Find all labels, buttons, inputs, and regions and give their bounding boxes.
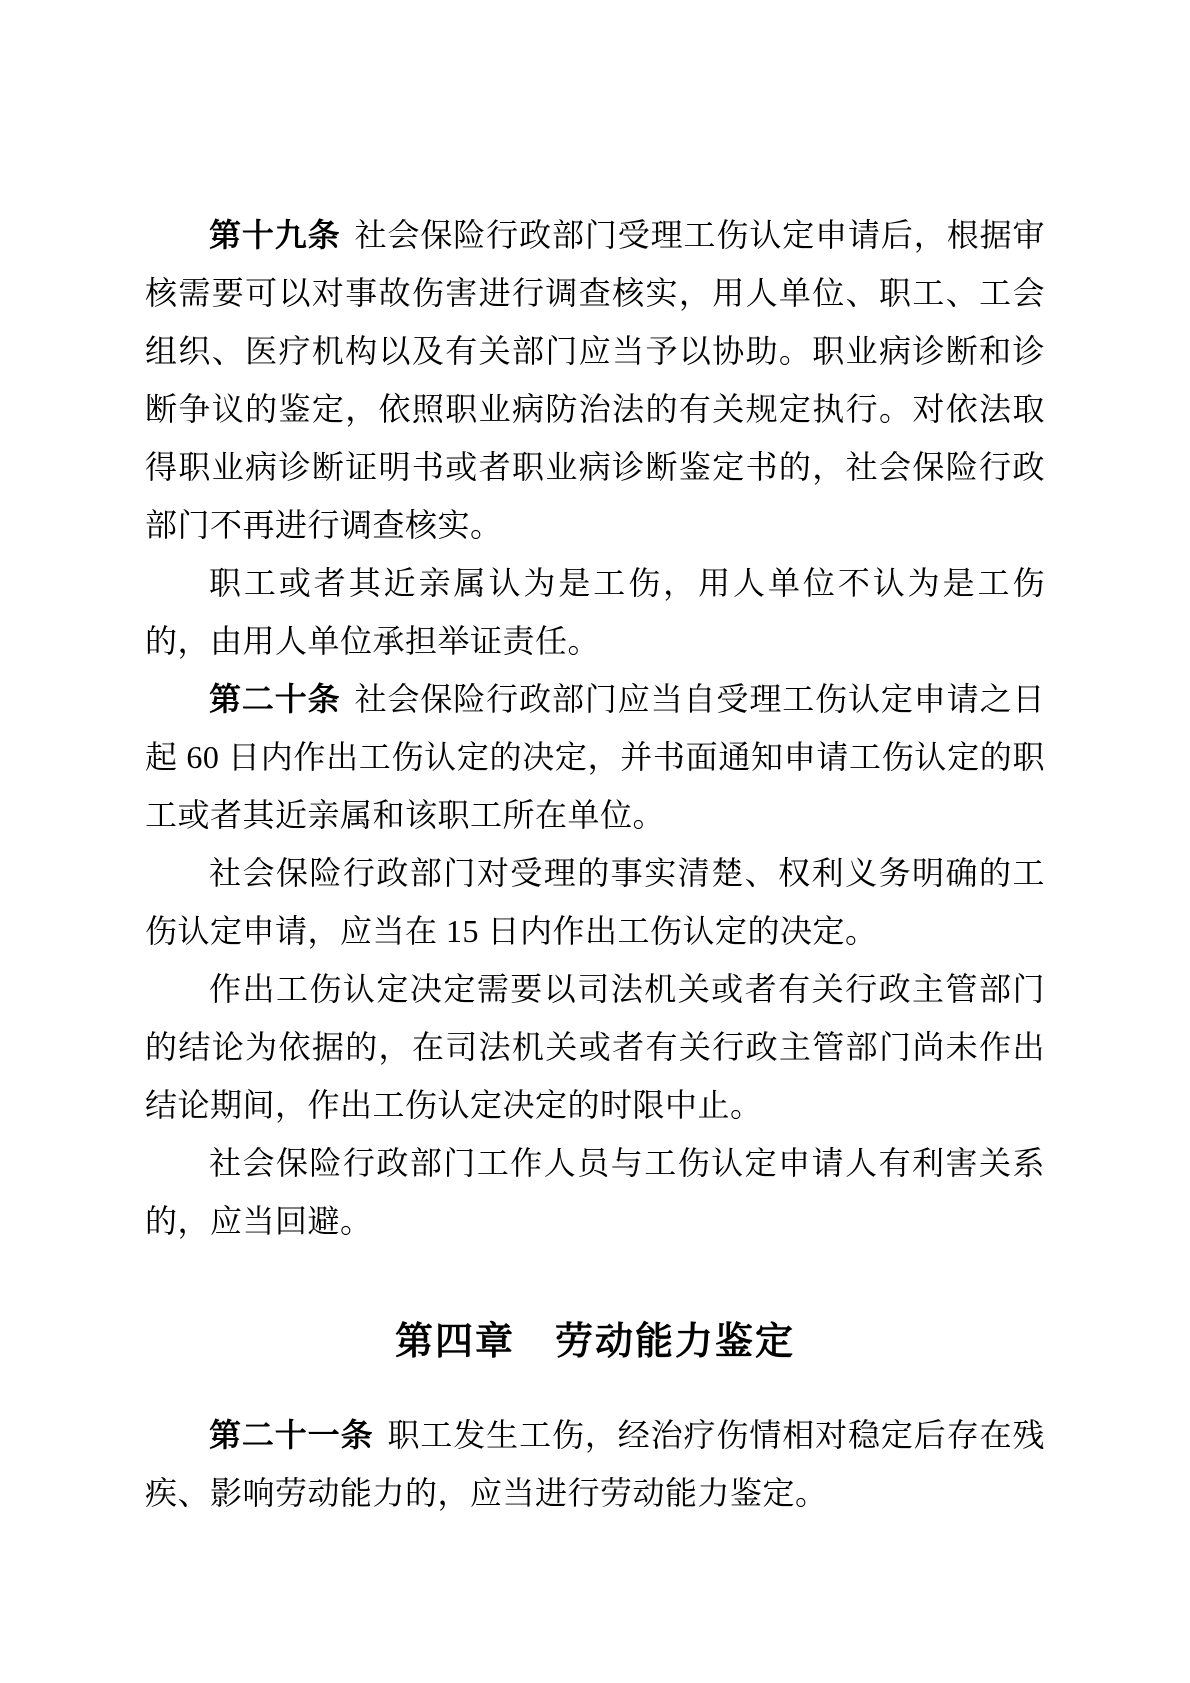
document-page: 第十九条社会保险行政部门受理工伤认定申请后，根据审核需要可以对事故伤害进行调查核… [0, 0, 1190, 1683]
body-paragraph: 社会保险行政部门对受理的事实清楚、权利义务明确的工伤认定申请，应当在 15 日内… [145, 844, 1045, 960]
body-paragraph: 社会保险行政部门工作人员与工伤认定申请人有利害关系的，应当回避。 [145, 1134, 1045, 1250]
body-paragraph: 作出工伤认定决定需要以司法机关或者有关行政主管部门的结论为依据的，在司法机关或者… [145, 960, 1045, 1134]
article-paragraph: 第二十一条职工发生工伤，经治疗伤情相对稳定后存在残疾、影响劳动能力的，应当进行劳… [145, 1406, 1045, 1522]
paragraph-text: 作出工伤认定决定需要以司法机关或者有关行政主管部门的结论为依据的，在司法机关或者… [145, 971, 1045, 1123]
document-content: 第十九条社会保险行政部门受理工伤认定申请后，根据审核需要可以对事故伤害进行调查核… [145, 206, 1045, 1522]
article-paragraph: 第二十条社会保险行政部门应当自受理工伤认定申请之日起 60 日内作出工伤认定的决… [145, 670, 1045, 844]
paragraph-text: 社会保险行政部门对受理的事实清楚、权利义务明确的工伤认定申请，应当在 15 日内… [145, 855, 1045, 949]
article-number-label: 第二十一条 [209, 1417, 373, 1453]
paragraph-text: 社会保险行政部门受理工伤认定申请后，根据审核需要可以对事故伤害进行调查核实，用人… [145, 217, 1045, 543]
paragraph-text: 职工或者其近亲属认为是工伤，用人单位不认为是工伤的，由用人单位承担举证责任。 [145, 565, 1045, 659]
body-paragraph: 职工或者其近亲属认为是工伤，用人单位不认为是工伤的，由用人单位承担举证责任。 [145, 554, 1045, 670]
article-number-label: 第二十条 [209, 681, 341, 717]
article-paragraph: 第十九条社会保险行政部门受理工伤认定申请后，根据审核需要可以对事故伤害进行调查核… [145, 206, 1045, 554]
paragraph-text: 社会保险行政部门工作人员与工伤认定申请人有利害关系的，应当回避。 [145, 1145, 1045, 1239]
article-number-label: 第十九条 [209, 217, 341, 253]
chapter-heading: 第四章 劳动能力鉴定 [145, 1312, 1045, 1372]
